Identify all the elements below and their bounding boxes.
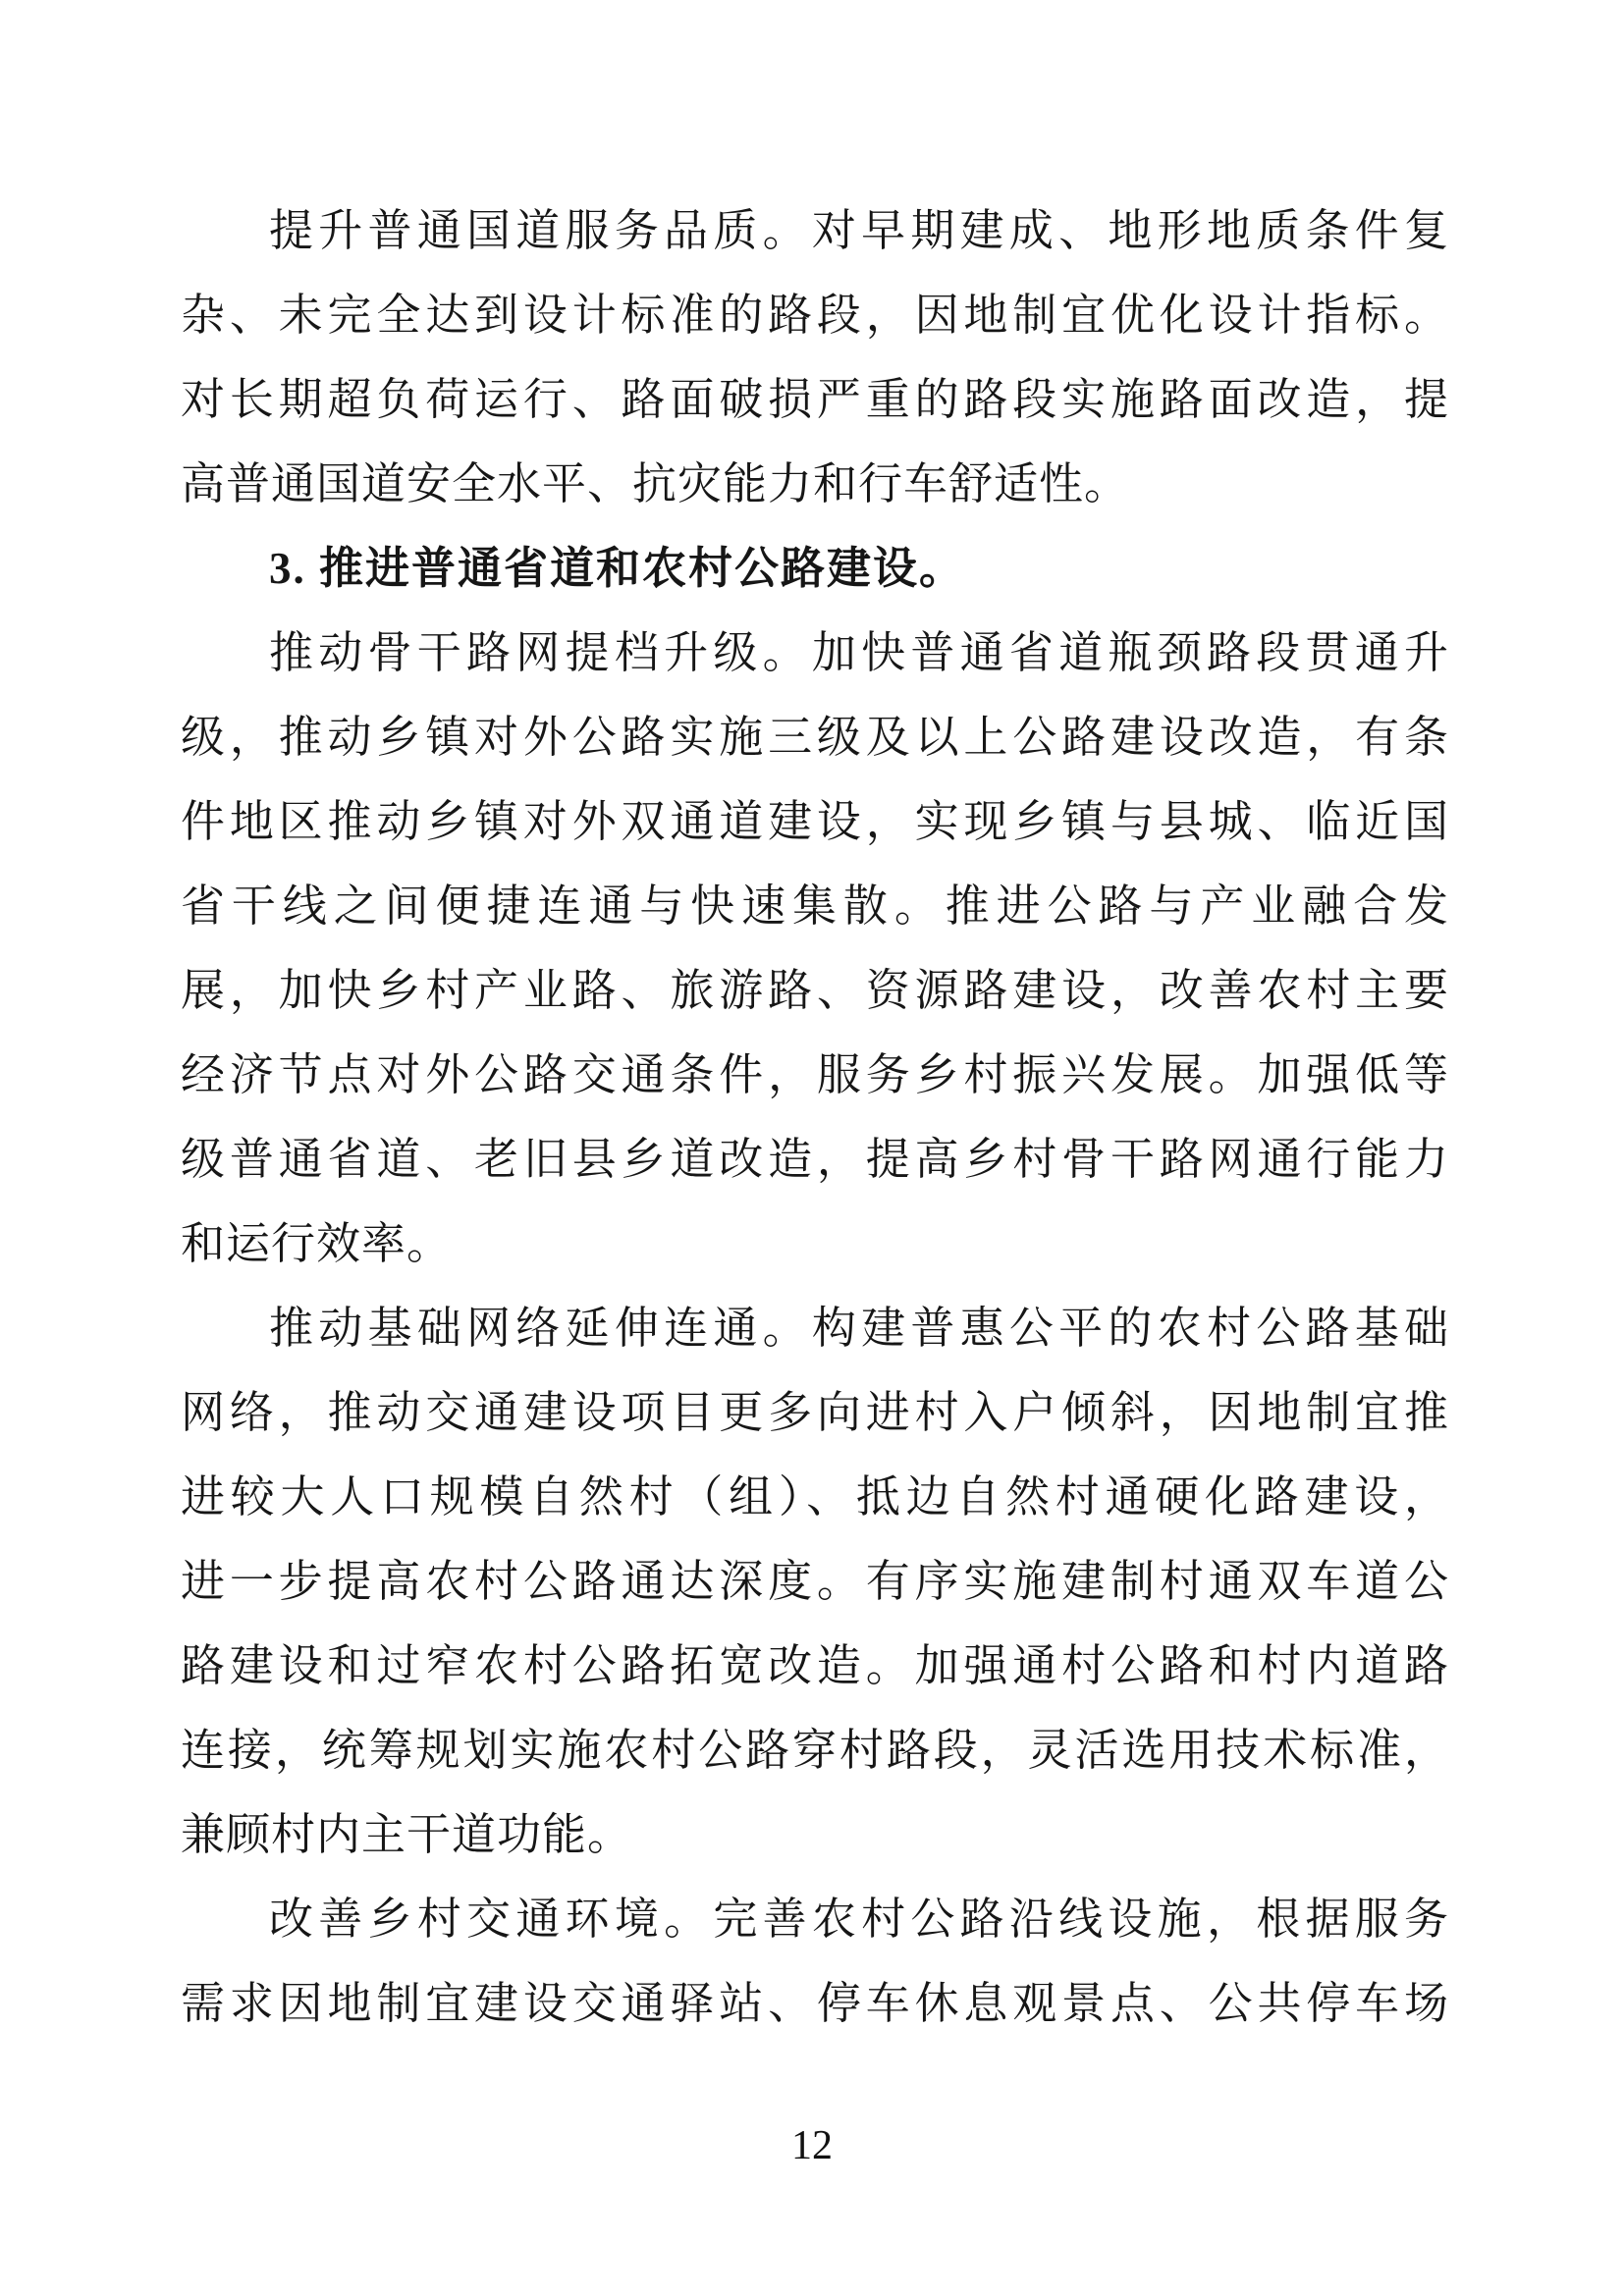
text-line: 网络，推动交通建设项目更多向进村入户倾斜，因地制宜推 (181, 1370, 1449, 1455)
page-number: 12 (0, 2116, 1624, 2175)
text-line: 件地区推动乡镇对外双通道建设，实现乡镇与县城、临近国 (181, 779, 1449, 864)
text-line: 连接，统筹规划实施农村公路穿村路段，灵活选用技术标准， (181, 1708, 1449, 1792)
text-line: 和运行效率。 (181, 1201, 1449, 1286)
paragraph: 改善乡村交通环境。完善农村公路沿线设施，根据服务需求因地制宜建设交通驿站、停车休… (181, 1877, 1449, 2046)
section-heading: 3. 推进普通省道和农村公路建设。 (181, 526, 1449, 611)
text-line: 进一步提高农村公路通达深度。有序实施建制村通双车道公 (181, 1539, 1449, 1624)
text-line: 级普通省道、老旧县乡道改造，提高乡村骨干路网通行能力 (181, 1117, 1449, 1201)
text-line: 杂、未完全达到设计标准的路段，因地制宜优化设计指标。 (181, 273, 1449, 357)
text-line: 改善乡村交通环境。完善农村公路沿线设施，根据服务 (181, 1877, 1449, 1961)
document-body: 提升普通国道服务品质。对早期建成、地形地质条件复杂、未完全达到设计标准的路段，因… (181, 188, 1449, 2046)
text-line: 兼顾村内主干道功能。 (181, 1792, 1449, 1877)
paragraph: 推动基础网络延伸连通。构建普惠公平的农村公路基础网络，推动交通建设项目更多向进村… (181, 1286, 1449, 1877)
text-line: 展，加快乡村产业路、旅游路、资源路建设，改善农村主要 (181, 948, 1449, 1033)
paragraph: 推动骨干路网提档升级。加快普通省道瓶颈路段贯通升级，推动乡镇对外公路实施三级及以… (181, 611, 1449, 1286)
document-page: 提升普通国道服务品质。对早期建成、地形地质条件复杂、未完全达到设计标准的路段，因… (0, 0, 1624, 2296)
text-line: 需求因地制宜建设交通驿站、停车休息观景点、公共停车场 (181, 1961, 1449, 2046)
heading-line: 3. 推进普通省道和农村公路建设。 (181, 526, 1449, 611)
text-line: 高普通国道安全水平、抗灾能力和行车舒适性。 (181, 442, 1449, 526)
paragraph: 提升普通国道服务品质。对早期建成、地形地质条件复杂、未完全达到设计标准的路段，因… (181, 188, 1449, 526)
text-line: 经济节点对外公路交通条件，服务乡村振兴发展。加强低等 (181, 1033, 1449, 1117)
text-line: 推动骨干路网提档升级。加快普通省道瓶颈路段贯通升 (181, 611, 1449, 695)
text-line: 推动基础网络延伸连通。构建普惠公平的农村公路基础 (181, 1286, 1449, 1370)
text-line: 路建设和过窄农村公路拓宽改造。加强通村公路和村内道路 (181, 1624, 1449, 1708)
text-line: 进较大人口规模自然村（组）、抵边自然村通硬化路建设， (181, 1455, 1449, 1539)
text-line: 对长期超负荷运行、路面破损严重的路段实施路面改造，提 (181, 357, 1449, 442)
text-line: 省干线之间便捷连通与快速集散。推进公路与产业融合发 (181, 864, 1449, 948)
text-line: 级，推动乡镇对外公路实施三级及以上公路建设改造，有条 (181, 695, 1449, 779)
text-line: 提升普通国道服务品质。对早期建成、地形地质条件复 (181, 188, 1449, 273)
